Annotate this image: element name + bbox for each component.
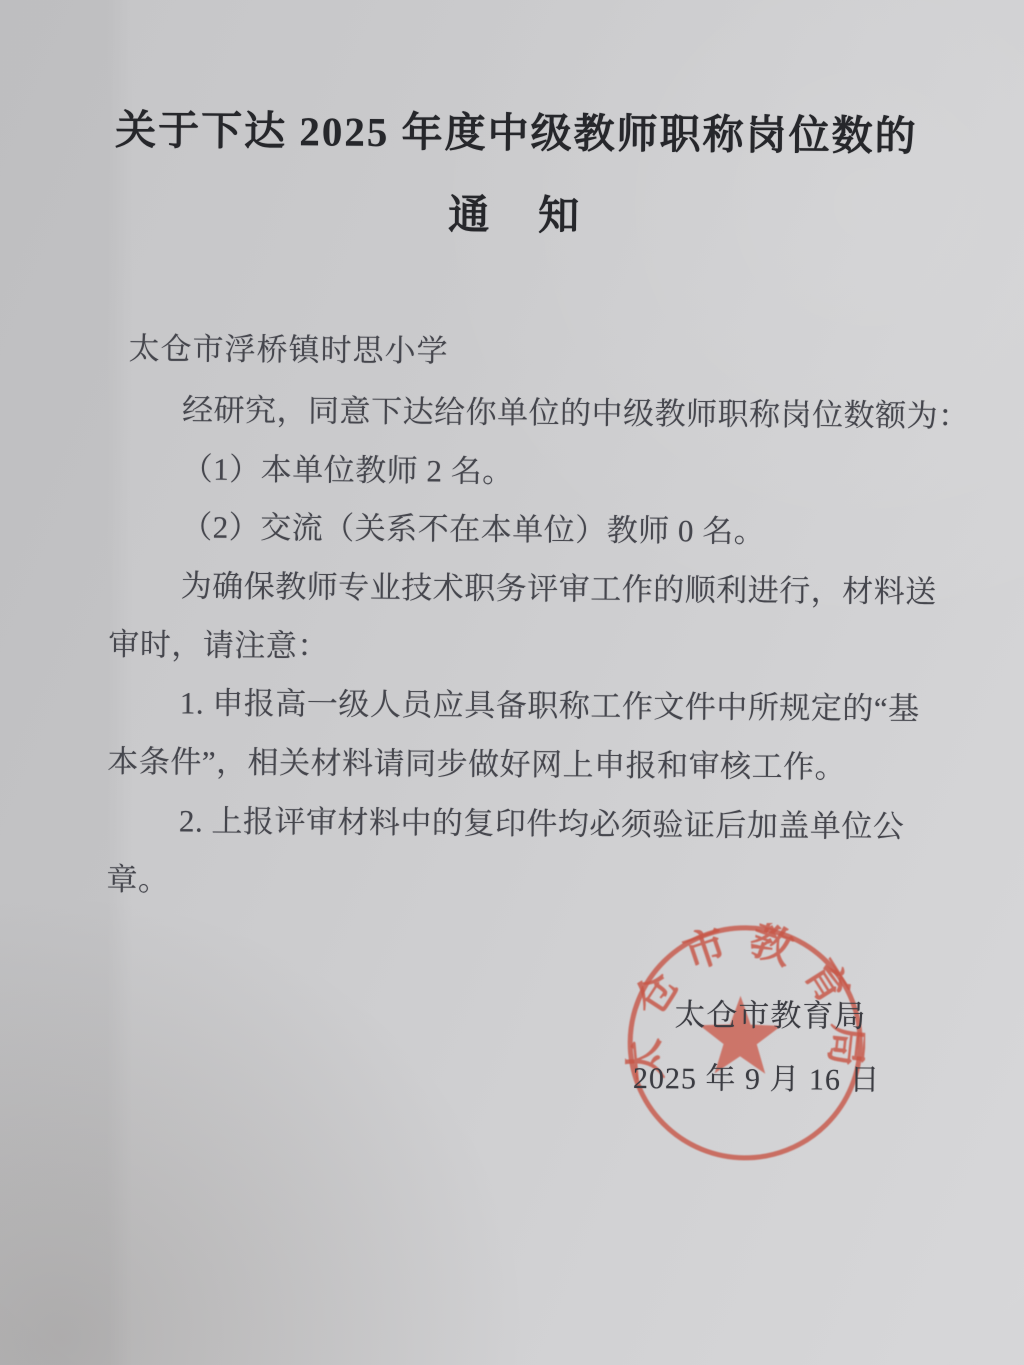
body-line: 审时，请注意：	[108, 616, 948, 681]
document-title-line1: 关于下达 2025 年度中级教师职称岗位数的	[4, 96, 1024, 163]
body-line: 本条件”，相关材料请同步做好网上申报和审核工作。	[107, 733, 947, 798]
body-line: 为确保教师专业技术职务评审工作的顺利进行，材料送	[109, 557, 949, 622]
notice-document: 关于下达 2025 年度中级教师职称岗位数的 通 知 太仓市浮桥镇时思小学 经研…	[0, 0, 1024, 1365]
body-line: （2）交流（关系不在本单位）教师 0 名。	[109, 498, 949, 563]
body-line: 2. 上报评审材料中的复印件均必须验证后加盖单位公	[107, 792, 947, 857]
recipient-line: 太仓市浮桥镇时思小学	[110, 323, 448, 371]
body-line: 经研究，同意下达给你单位的中级教师职称岗位数额为：	[110, 381, 950, 446]
body-line: 1. 申报高一级人员应具备职称工作文件中所规定的“基	[108, 674, 948, 739]
document-title-line2: 通 知	[3, 178, 1024, 245]
body-line: 章。	[106, 850, 946, 915]
document-body: 经研究，同意下达给你单位的中级教师职称岗位数额为： （1）本单位教师 2 名。 …	[106, 381, 950, 916]
document-photo: 关于下达 2025 年度中级教师职称岗位数的 通 知 太仓市浮桥镇时思小学 经研…	[0, 0, 1024, 1365]
signature-issuer: 太仓市教育局	[674, 989, 866, 1036]
body-line: （1）本单位教师 2 名。	[109, 440, 949, 505]
signature-date: 2025 年 9 月 16 日	[633, 1053, 881, 1099]
official-seal: 太仓市教育局	[624, 922, 866, 1164]
